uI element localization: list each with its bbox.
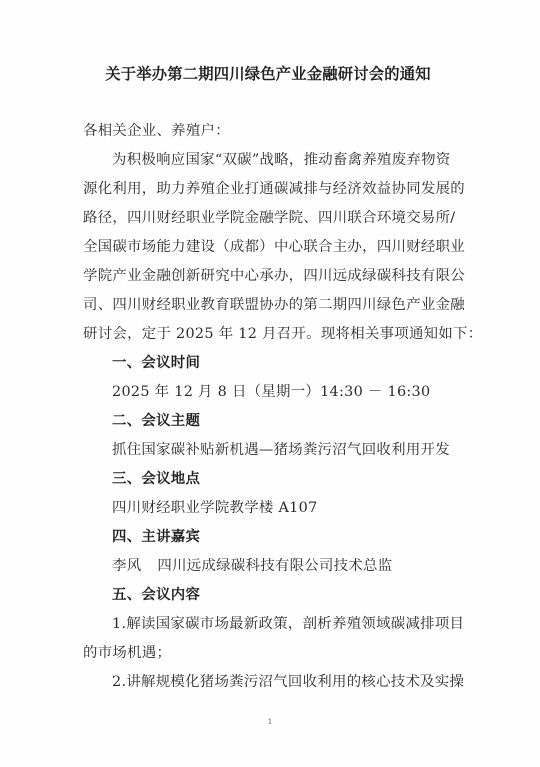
intro-line: 路径，四川财经职业学院金融学院、四川联合环境交易所/ bbox=[83, 204, 467, 233]
content-item-2: 2.讲解规模化猪场粪污沼气回收利用的核心技术及实操 bbox=[83, 668, 467, 697]
intro-line: 源化利用，助力养殖企业打通碳减排与经济效益协同发展的 bbox=[83, 175, 467, 204]
section-heading-speaker: 四、主讲嘉宾 bbox=[83, 523, 467, 552]
content-item-1-continuation: 的市场机遇； bbox=[83, 639, 467, 668]
section-content-theme: 抓住国家碳补贴新机遇—猪场粪污沼气回收利用开发 bbox=[83, 436, 467, 465]
intro-line: 全国碳市场能力建设（成都）中心联合主办，四川财经职业 bbox=[83, 233, 467, 262]
speaker-name: 李风 bbox=[112, 558, 141, 574]
intro-line: 研讨会，定于 2025 年 12 月召开。现将相关事项通知如下： bbox=[83, 320, 467, 349]
section-content-speaker: 李风四川远成绿碳科技有限公司技术总监 bbox=[83, 552, 467, 581]
document-title: 关于举办第二期四川绿色产业金融研讨会的通知 bbox=[0, 62, 536, 84]
document-body: 各相关企业、养殖户： 为积极响应国家“双碳”战略，推动畜禽养殖废弃物资 源化利用… bbox=[83, 117, 467, 697]
content-item-1: 1.解读国家碳市场最新政策，剖析养殖领域碳减排项目 bbox=[83, 610, 467, 639]
page-number: 1 bbox=[0, 718, 540, 726]
intro-line: 司、四川财经职业教育联盟协办的第二期四川绿色产业金融 bbox=[83, 291, 467, 320]
intro-line: 学院产业金融创新研究中心承办，四川远成绿碳科技有限公 bbox=[83, 262, 467, 291]
intro-line: 为积极响应国家“双碳”战略，推动畜禽养殖废弃物资 bbox=[83, 146, 467, 175]
section-content-time: 2025 年 12 月 8 日（星期一）14:30 － 16:30 bbox=[83, 378, 467, 407]
salutation: 各相关企业、养殖户： bbox=[83, 117, 467, 146]
section-content-location: 四川财经职业学院教学楼 A107 bbox=[83, 494, 467, 523]
section-heading-time: 一、会议时间 bbox=[83, 349, 467, 378]
section-heading-location: 三、会议地点 bbox=[83, 465, 467, 494]
section-heading-content: 五、会议内容 bbox=[83, 581, 467, 610]
speaker-title: 四川远成绿碳科技有限公司技术总监 bbox=[157, 558, 392, 574]
document-page: 关于举办第二期四川绿色产业金融研讨会的通知 各相关企业、养殖户： 为积极响应国家… bbox=[0, 0, 540, 767]
section-heading-theme: 二、会议主题 bbox=[83, 407, 467, 436]
